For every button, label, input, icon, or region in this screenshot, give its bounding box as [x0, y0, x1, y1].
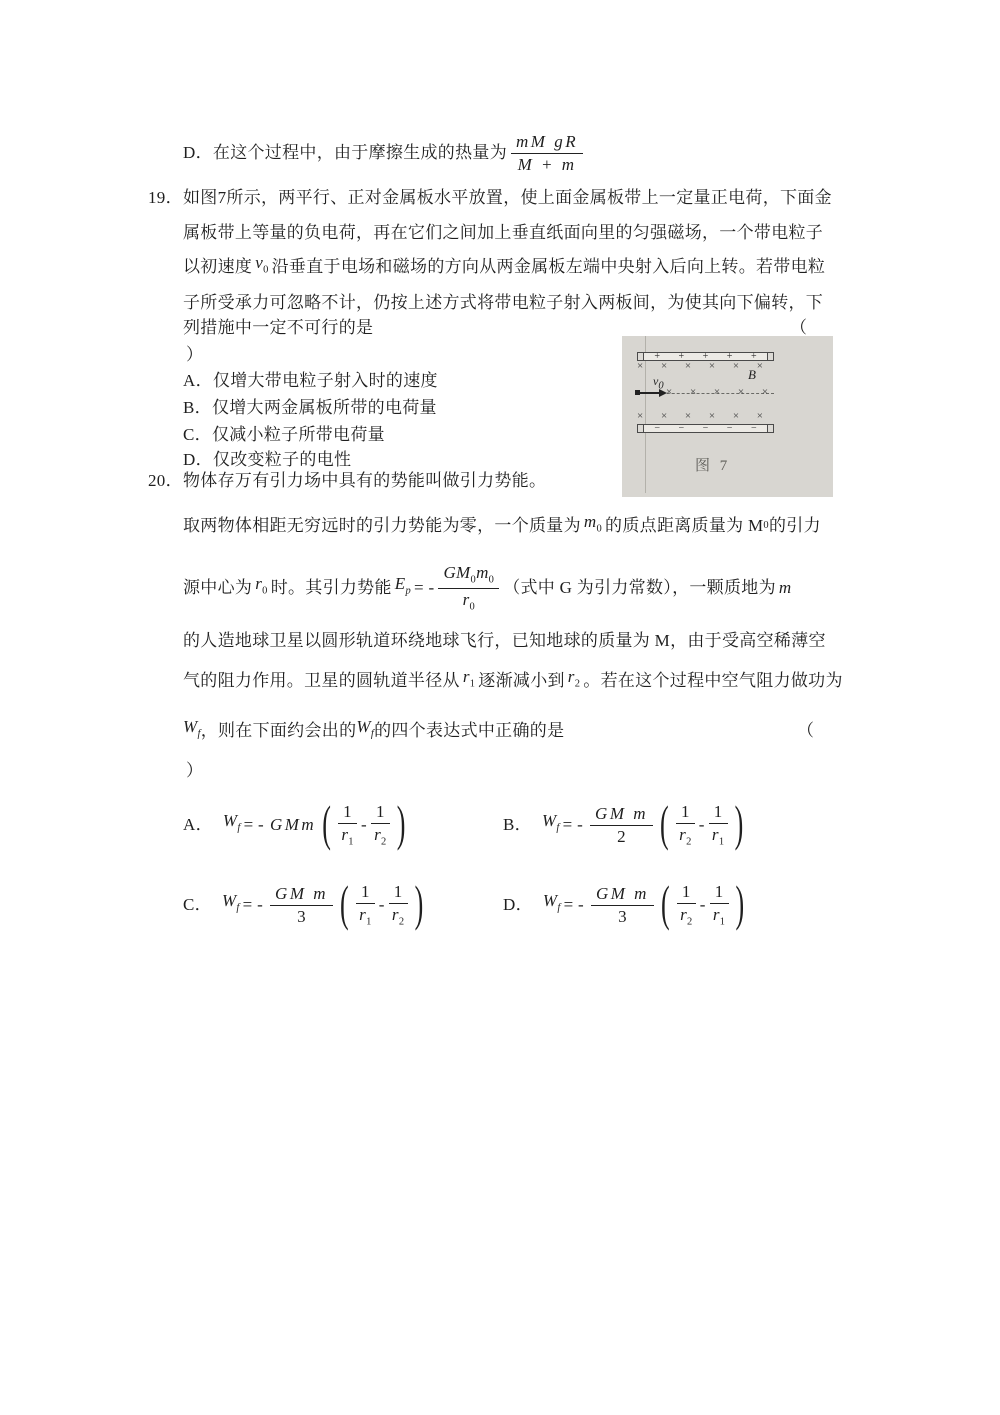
denominator: r2 — [371, 824, 390, 848]
option-text: 在这个过程中，由于摩擦生成的热量为 — [213, 142, 507, 164]
fraction-1-over-r1: 1r1 — [710, 882, 729, 928]
q20-option-b: B． Wf = - GM m2 ( 1r2 - 1r1 ) — [503, 797, 747, 853]
r-letter: r — [712, 825, 719, 844]
q20-line2: 源中心为 r0 时。其引力势能 Ep = - GM0m0r0 （式中 G 为引力… — [183, 561, 794, 615]
plate-end-cap-right — [767, 352, 774, 361]
q20-line5-post: 的四个表达式中正确的是 — [374, 720, 564, 742]
m-letter: m — [779, 577, 792, 599]
minus-sign: - — [699, 814, 705, 836]
f-subscript: f — [237, 823, 240, 834]
r-letter: r — [463, 590, 470, 609]
Wf-symbol: Wf — [183, 716, 201, 745]
velocity-arrow-icon — [640, 392, 660, 394]
r-letter: r — [392, 905, 399, 924]
fraction-1-over-r1: 1r1 — [709, 802, 728, 848]
q20-line2-post: （式中 G 为引力常数），一颗质地为 — [503, 577, 776, 599]
left-paren-glyph: ( — [660, 800, 669, 849]
option-label: D． — [183, 450, 213, 469]
r-letter: r — [568, 667, 575, 686]
minus-charges: − − − − − — [654, 425, 756, 432]
f-subscript: f — [557, 903, 560, 914]
Wf-symbol: Wf — [223, 810, 241, 839]
r-subscript: 1 — [348, 836, 354, 847]
heat-fraction-denominator: M + m — [511, 154, 583, 175]
m-letter: m — [584, 512, 597, 531]
f-subscript: f — [556, 823, 559, 834]
v-letter: v — [255, 253, 263, 272]
numerator: 1 — [677, 882, 696, 904]
figure-caption: 图 7 — [695, 454, 730, 475]
q19-line1: 如图7所示，两平行、正对金属板水平放置，使上面金属板带上一定量正电荷，下面金 — [183, 187, 832, 209]
coefficient-fraction: GM m3 — [591, 884, 654, 926]
option-label: D． — [183, 142, 213, 164]
fraction-1-over-r2: 1r2 — [389, 882, 408, 928]
heat-fraction-numerator: mM gR — [511, 132, 583, 154]
option-text: 仅改变粒子的电性 — [213, 450, 351, 469]
option-text: 仅增大两金属板所带的电荷量 — [212, 398, 437, 417]
GMm-numerator: GM m — [591, 884, 654, 906]
equals-minus: = - — [414, 577, 434, 599]
plate-end-cap-right — [767, 424, 774, 433]
potential-fraction: GM0m0r0 — [438, 563, 499, 613]
Ep-symbol: Ep — [395, 573, 411, 602]
q20-line2-pre: 源中心为 — [183, 577, 252, 599]
m-subscript: 0 — [489, 574, 495, 585]
left-paren-glyph: ( — [322, 800, 331, 849]
W-letter: W — [543, 891, 557, 910]
Wf-symbol: Wf — [222, 890, 240, 919]
q19-option-a: A．仅增大带电粒子射入时的速度 — [183, 370, 438, 392]
Wf-symbol: Wf — [356, 716, 374, 745]
q20-paren-open: （ — [797, 720, 814, 742]
q20-line5: Wf ，则在下面约会出的 Wf 的四个表达式中正确的是 — [183, 718, 564, 744]
numerator: 1 — [389, 882, 408, 904]
right-paren-glyph: ) — [397, 800, 406, 849]
q19-line5: 列措施中一定不可行的是 — [183, 317, 373, 339]
numerator: 1 — [710, 882, 729, 904]
r-subscript: 0 — [470, 601, 476, 612]
coefficient-fraction: GM m3 — [270, 884, 333, 926]
field-cross-row-bottom: × × × × × × — [637, 410, 763, 422]
r-subscript: 2 — [687, 916, 693, 927]
equals-minus: = - — [563, 814, 583, 836]
q19-line3: 以初速度 v0 沿垂直于电场和磁场的方向从两金属板左端中央射入后向上转。若带电粒 — [183, 255, 825, 279]
fraction-1-over-r2: 1r2 — [677, 882, 696, 928]
r2-symbol: r2 — [568, 666, 580, 695]
coefficient-denominator: 2 — [590, 826, 653, 847]
coefficient-fraction: GM m2 — [590, 804, 653, 846]
q19-line2: 属板带上等量的负电荷，再在它们之间加上垂直纸面向里的匀强磁场，一个带电粒子 — [183, 222, 823, 244]
field-cross-row-middle: × × × × × — [666, 386, 768, 398]
r-letter: r — [463, 667, 470, 686]
document-page: D． 在这个过程中，由于摩擦生成的热量为 mM gRM + m 19． 如图7所… — [0, 0, 1000, 1415]
q20-line3: 的人造地球卫星以圆形轨道环绕地球飞行，已知地球的质量为 M，由于受高空稀薄空 — [183, 630, 826, 652]
minus-sign: - — [700, 894, 706, 916]
q19-line3-pre: 以初速度 — [183, 256, 252, 278]
option-label: D． — [503, 894, 533, 916]
fraction-1-over-r1: 1r1 — [356, 882, 375, 928]
denominator: r1 — [709, 824, 728, 848]
r0-symbol: r0 — [255, 573, 267, 602]
r-letter: r — [680, 905, 687, 924]
r1-symbol: r1 — [463, 666, 475, 695]
Wf-symbol: Wf — [543, 890, 561, 919]
right-paren-glyph: ) — [735, 800, 744, 849]
equals-minus: = - — [244, 814, 264, 836]
q20-paren-close: ） — [186, 760, 203, 782]
W-letter: W — [222, 891, 236, 910]
Wf-symbol: Wf — [542, 810, 560, 839]
numerator: 1 — [356, 882, 375, 904]
E-letter: E — [395, 574, 406, 593]
question-20-number: 20． — [148, 470, 183, 492]
denominator: r2 — [677, 904, 696, 928]
equals-minus: = - — [243, 894, 263, 916]
option-d-heat-line: D． 在这个过程中，由于摩擦生成的热量为 mM gRM + m — [183, 126, 587, 180]
denominator: r2 — [676, 824, 695, 848]
numerator: 1 — [709, 802, 728, 824]
coefficient-denominator: 3 — [270, 906, 333, 927]
q20-line1-pre: 取两物体相距无穷远时的引力势能为零，一个质量为 — [183, 515, 581, 537]
q20-line1: 取两物体相距无穷远时的引力势能为零，一个质量为 m0 的质点距离质量为 M0 的… — [183, 514, 821, 538]
r-subscript: 1 — [720, 916, 726, 927]
q20-line1-post: 的引力 — [769, 515, 821, 537]
q20-line4: 气的阻力作用。卫星的圆轨道半径从 r1 逐渐减小到 r2 。若在这个过程中空气阻… — [183, 669, 843, 693]
r-subscript: 1 — [366, 916, 372, 927]
v-subscript: 0 — [263, 265, 269, 276]
v0-symbol: v0 — [255, 252, 268, 281]
W-letter: W — [183, 717, 197, 736]
option-text: 仅减小粒子所带电荷量 — [212, 425, 385, 444]
q19-option-b: B．仅增大两金属板所带的电荷量 — [183, 397, 437, 419]
plate-end-cap-left — [637, 424, 644, 433]
r-letter: r — [713, 905, 720, 924]
denominator: r1 — [710, 904, 729, 928]
W-letter: W — [542, 811, 556, 830]
GMm-coefficient: GMm — [270, 814, 316, 836]
r-subscript: 0 — [262, 586, 268, 597]
q19-option-d: D．仅改变粒子的电性 — [183, 449, 351, 471]
potential-fraction-denominator: r0 — [438, 589, 499, 613]
option-label: B． — [183, 398, 212, 417]
fraction-1-over-r1: 1r1 — [338, 802, 357, 848]
q20-line4-pre: 气的阻力作用。卫星的圆轨道半径从 — [183, 670, 460, 692]
heat-fraction: mM gRM + m — [511, 132, 583, 174]
r-subscript: 2 — [381, 836, 387, 847]
equals-minus: = - — [564, 894, 584, 916]
GMm-numerator: GM m — [590, 804, 653, 826]
q19-line3-post: 沿垂直于电场和磁场的方向从两金属板左端中央射入后向上转。若带电粒 — [272, 256, 826, 278]
fraction-1-over-r2: 1r2 — [371, 802, 390, 848]
r1-subscript: 1 — [470, 679, 476, 690]
minus-sign: - — [361, 814, 367, 836]
q20-line1-mid: 的质点距离质量为 M — [605, 515, 763, 537]
q20-line4-post: 。若在这个过程中空气阻力做功为 — [583, 670, 843, 692]
figure-7: + + + + + × × × × × × B v0 × × × × × × ×… — [622, 336, 833, 497]
option-label: A． — [183, 814, 213, 836]
q20-option-c: C． Wf = - GM m3 ( 1r1 - 1r2 ) — [183, 877, 427, 933]
q20-option-d: D． Wf = - GM m3 ( 1r2 - 1r1 ) — [503, 877, 747, 933]
right-paren-glyph: ) — [736, 880, 745, 929]
option-label: B． — [503, 814, 532, 836]
m0-symbol: m0 — [584, 511, 602, 540]
m-letter: m — [476, 563, 489, 582]
coefficient-denominator: 3 — [591, 906, 654, 927]
field-cross-row-top: × × × × × × — [637, 360, 763, 372]
potential-fraction-numerator: GM0m0 — [438, 563, 499, 588]
fraction-1-over-r2: 1r2 — [676, 802, 695, 848]
minus-sign: - — [379, 894, 385, 916]
f-subscript: f — [236, 903, 239, 914]
q20-intro: 物体存万有引力场中具有的势能叫做引力势能。 — [183, 470, 546, 492]
left-paren-glyph: ( — [340, 880, 349, 929]
left-paren-glyph: ( — [661, 880, 670, 929]
q19-paren-close: ） — [186, 344, 203, 366]
option-label: C． — [183, 894, 212, 916]
Ep-subscript: p — [405, 586, 411, 597]
right-paren-glyph: ) — [415, 880, 424, 929]
denominator: r2 — [389, 904, 408, 928]
numerator: 1 — [371, 802, 390, 824]
q20-line5-mid: ，则在下面约会出的 — [201, 720, 357, 742]
W-letter: W — [356, 717, 370, 736]
denominator: r1 — [338, 824, 357, 848]
q20-line2-mid: 时。其引力势能 — [271, 577, 392, 599]
plus-charges: + + + + + — [654, 353, 756, 360]
numerator: 1 — [338, 802, 357, 824]
option-label: C． — [183, 425, 212, 444]
m-subscript: 0 — [596, 524, 602, 535]
q19-option-c: C．仅减小粒子所带电荷量 — [183, 424, 385, 446]
numerator: 1 — [676, 802, 695, 824]
r-subscript: 2 — [686, 836, 692, 847]
r-subscript: 2 — [399, 916, 405, 927]
option-label: A． — [183, 371, 213, 390]
denominator: r1 — [356, 904, 375, 928]
GMm-numerator: GM m — [270, 884, 333, 906]
question-19-number: 19． — [148, 187, 183, 209]
option-text: 仅增大带电粒子射入时的速度 — [213, 371, 438, 390]
q20-option-a: A． Wf = - GMm ( 1r1 - 1r2 ) — [183, 797, 409, 853]
W-letter: W — [223, 811, 237, 830]
r-letter: r — [374, 825, 381, 844]
r2-subscript: 2 — [575, 679, 581, 690]
GM-letters: GM — [443, 563, 470, 582]
bottom-plate-negative: − − − − − — [637, 424, 774, 433]
q19-line4: 子所受承力可忽略不计，仍按上述方式将带电粒子射入两板间，为使其向下偏转，下 — [183, 292, 823, 314]
q20-line4-mid: 逐渐减小到 — [478, 670, 565, 692]
r-subscript: 1 — [719, 836, 725, 847]
magnetic-field-label: B — [748, 367, 756, 383]
